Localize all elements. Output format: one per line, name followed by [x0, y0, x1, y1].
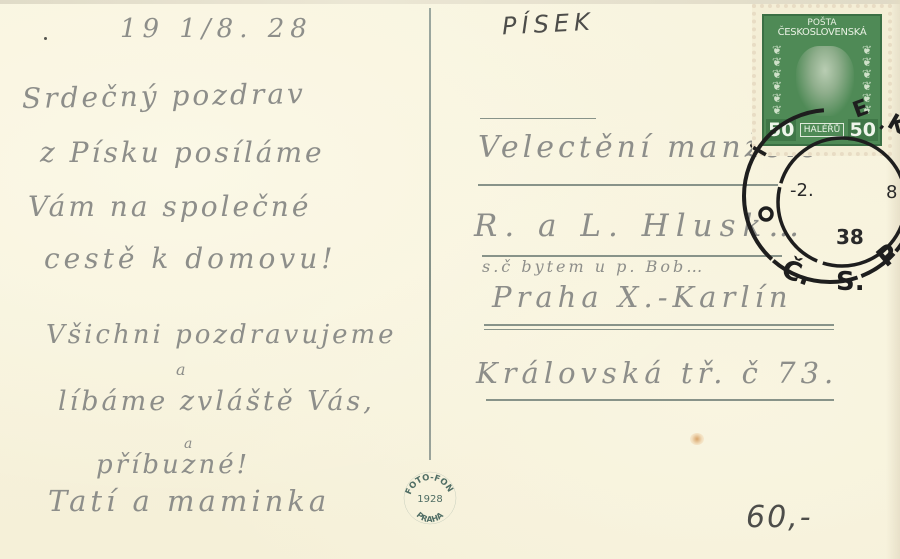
address-rule-3a: [484, 324, 834, 326]
svg-text:S.: S.: [836, 267, 865, 292]
photographer-stamp-icon: FOTO-FON 1928 PRAHA: [402, 470, 458, 526]
svg-text:PRAHA: PRAHA: [415, 510, 446, 524]
foxing-spot: [690, 433, 704, 445]
ink-dot: [44, 37, 47, 40]
svg-text:-2.: -2.: [790, 180, 814, 201]
message-line-6: a: [176, 360, 189, 379]
svg-text:8: 8: [886, 182, 897, 203]
message-line-5: Všichni pozdravujeme: [46, 320, 397, 350]
message-date: 19 1/8. 28: [120, 14, 313, 44]
address-line-2-sub: s.č bytem u p. Bob…: [482, 257, 705, 276]
message-signature: Tatí a maminka: [48, 484, 330, 518]
svg-text:E: E: [850, 95, 873, 124]
postcard-back: 19 1/8. 28 Srdečný pozdrav z Písku posíl…: [0, 0, 900, 559]
center-divider-line: [429, 8, 431, 460]
stamp-header: POŠTA ČESKOSLOVENSKÁ: [764, 18, 880, 38]
address-line-4: Královská tř. č 73.: [476, 356, 838, 390]
message-line-4: cestě k domovu!: [44, 242, 337, 275]
place-label: PÍSEK: [501, 8, 595, 41]
message-line-7: líbáme zvláště Vás,: [58, 386, 375, 417]
message-line-2: z Písku posíláme: [40, 136, 325, 169]
message-line-3: Vám na společné: [28, 190, 311, 223]
svg-text:38: 38: [836, 225, 864, 249]
postmark-cancellation-icon: -2. 8 38 Č. S. P E K Í: [738, 92, 900, 292]
address-rule-1: [478, 184, 778, 186]
price-note: 60,-: [746, 500, 813, 535]
address-rule-4: [486, 399, 834, 401]
svg-text:K: K: [883, 110, 900, 141]
address-rule-3b: [484, 329, 834, 330]
svg-text:FOTO-FON: FOTO-FON: [404, 473, 455, 496]
message-line-9: příbuzné!: [96, 450, 250, 480]
message-line-1: Srdečný pozdrav: [22, 77, 306, 115]
svg-text:1928: 1928: [417, 494, 442, 505]
stamp-header-line-2: ČESKOSLOVENSKÁ: [764, 28, 880, 38]
address-short-rule: [480, 118, 596, 119]
